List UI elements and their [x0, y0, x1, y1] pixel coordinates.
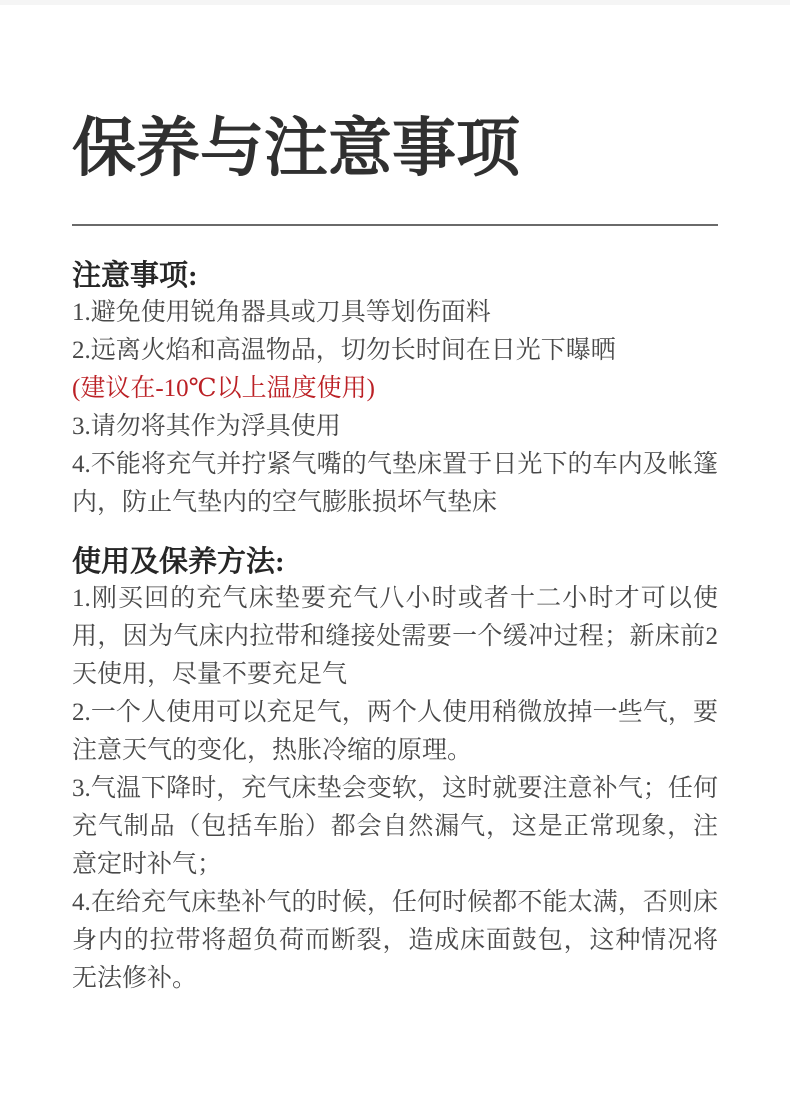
page-content: 保养与注意事项 注意事项: 1.避免使用锐角器具或刀具等划伤面料 2.远离火焰和…	[0, 0, 790, 998]
care-item-3: 3.气温下降时，充气床垫会变软，这时就要注意补气；任何充气制品（包括车胎）都会自…	[72, 770, 718, 884]
page-title: 保养与注意事项	[72, 0, 718, 186]
title-divider-line	[72, 224, 718, 226]
top-edge-divider	[0, 0, 790, 5]
care-item-2: 2.一个人使用可以充足气，两个人使用稍微放掉一些气，要注意天气的变化，热胀冷缩的…	[72, 694, 718, 770]
notice-item-1: 1.避免使用锐角器具或刀具等划伤面料	[72, 294, 718, 332]
notice-item-2: 2.远离火焰和高温物品，切勿长时间在日光下曝晒	[72, 332, 718, 370]
notice-item-4: 4.不能将充气并拧紧气嘴的气垫床置于日光下的车内及帐篷内，防止气垫内的空气膨胀损…	[72, 446, 718, 522]
care-item-1: 1.刚买回的充气床垫要充气八小时或者十二小时才可以使用，因为气床内拉带和缝接处需…	[72, 580, 718, 694]
notice-item-temperature-warning: (建议在-10℃以上温度使用)	[72, 370, 718, 408]
care-instructions-page: 保养与注意事项 注意事项: 1.避免使用锐角器具或刀具等划伤面料 2.远离火焰和…	[0, 0, 790, 1102]
section-notices: 注意事项: 1.避免使用锐角器具或刀具等划伤面料 2.远离火焰和高温物品，切勿长…	[72, 258, 718, 522]
notice-item-3: 3.请勿将其作为浮具使用	[72, 408, 718, 446]
notices-heading: 注意事项:	[72, 258, 718, 294]
section-care-methods: 使用及保养方法: 1.刚买回的充气床垫要充气八小时或者十二小时才可以使用，因为气…	[72, 544, 718, 998]
care-methods-heading: 使用及保养方法:	[72, 544, 718, 580]
care-item-4: 4.在给充气床垫补气的时候，任何时候都不能太满，否则床身内的拉带将超负荷而断裂，…	[72, 884, 718, 998]
